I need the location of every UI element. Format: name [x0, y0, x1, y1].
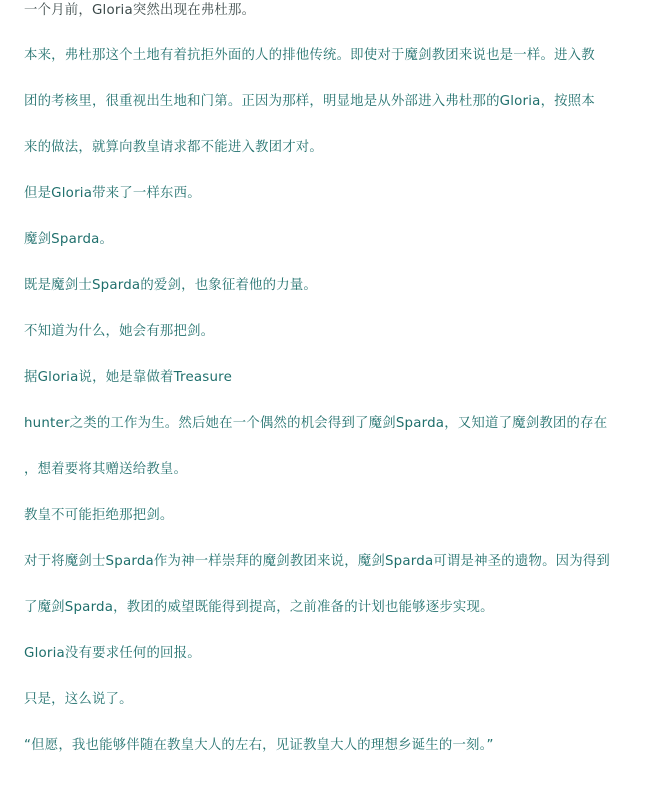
- paragraph-line: 据Gloria说，她是靠做着Treasure: [24, 368, 232, 388]
- paragraph-line: 本来，弗杜那这个土地有着抗拒外面的人的排他传统。即使对于魔剑教团来说也是一样。进…: [24, 46, 595, 66]
- paragraph-line: Gloria没有要求任何的回报。: [24, 644, 201, 664]
- paragraph-line: 不知道为什么，她会有那把剑。: [24, 322, 214, 342]
- paragraph-line: 对于将魔剑士Sparda作为神一样崇拜的魔剑教团来说，魔剑Sparda可谓是神圣…: [24, 552, 610, 572]
- paragraph-line: 教皇不可能拒绝那把剑。: [24, 506, 174, 526]
- paragraph-line: 团的考核里，很重视出生地和门第。正因为那样，明显地是从外部进入弗杜那的Glori…: [24, 92, 595, 112]
- paragraph-line: 只是，这么说了。: [24, 690, 133, 710]
- paragraph-line: 了魔剑Sparda，教团的威望既能得到提高，之前准备的计划也能够逐步实现。: [24, 598, 494, 618]
- paragraph-line: ，想着要将其赠送给教皇。: [24, 460, 187, 480]
- quote-line: “但愿，我也能够伴随在教皇大人的左右，见证教皇大人的理想乡诞生的一刻。”: [24, 736, 494, 756]
- paragraph-line: 来的做法，就算向教皇请求都不能进入教团才对。: [24, 138, 323, 158]
- paragraph-line: 既是魔剑士Sparda的爱剑，也象征着他的力量。: [24, 276, 317, 296]
- paragraph-line: 魔剑Sparda。: [24, 230, 113, 250]
- paragraph-line: 一个月前，Gloria突然出现在弗杜那。: [24, 1, 255, 21]
- paragraph-line: 但是Gloria带来了一样东西。: [24, 184, 201, 204]
- paragraph-line: hunter之类的工作为生。然后她在一个偶然的机会得到了魔剑Sparda，又知道…: [24, 414, 607, 434]
